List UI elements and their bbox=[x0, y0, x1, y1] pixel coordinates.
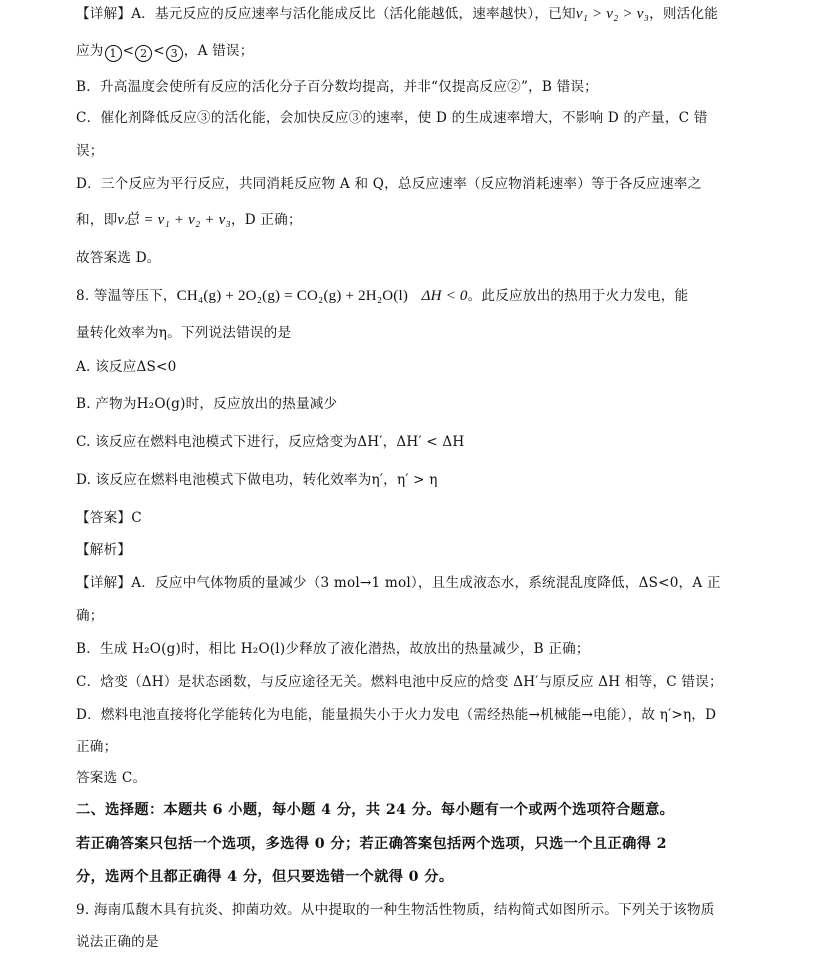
answer-label: 【答案】 bbox=[76, 510, 131, 526]
total-rate-formula: v总 = v₁ + v₂ + v₃ bbox=[117, 212, 231, 228]
q7-explanation-d-line1: D．三个反应为平行反应，共同消耗反应物 A 和 Q，总反应速率（反应物消耗速率）… bbox=[76, 174, 701, 194]
circled-1: 1 bbox=[105, 45, 122, 62]
q7-explanation-c-line2: 误； bbox=[76, 141, 104, 161]
q7-conclusion: 故答案选 D。 bbox=[76, 248, 161, 268]
q8-conclusion: 答案选 C。 bbox=[76, 768, 146, 788]
section2-instructions-line2: 若正确答案只包括一个选项，多选得 0 分；若正确答案包括两个选项，只选一个且正确… bbox=[76, 834, 667, 854]
q8-analysis-label: 【解析】 bbox=[76, 540, 131, 560]
q8-explanation-d-line2: 正确； bbox=[76, 737, 117, 757]
explanation-label: 【详解】 bbox=[76, 6, 131, 22]
circled-2: 2 bbox=[135, 45, 152, 62]
q8-explanation-d-line1: D．燃料电池直接将化学能转化为电能，能量损失小于火力发电（需经热能→机械能→电能… bbox=[76, 705, 716, 725]
q8-explanation-b: B．生成 H₂O(g)时，相比 H₂O(l)少释放了液化潜热，故放出的热量减少，… bbox=[76, 639, 590, 659]
q8-answer: 【答案】C bbox=[76, 508, 142, 528]
q7-explanation-b: B．升高温度会使所有反应的活化分子百分数均提高，并非“仅提高反应②”，B 错误； bbox=[76, 77, 598, 97]
section2-instructions-line3: 分，选两个且都正确得 4 分，但只要选错一个就得 0 分。 bbox=[76, 867, 453, 887]
q9-stem-line1: 9. 海南瓜馥木具有抗炎、抑菌功效。从中提取的一种生物活性物质，结构简式如图所示… bbox=[76, 900, 715, 920]
q9-stem-line2: 说法正确的是 bbox=[76, 932, 159, 952]
document-page: 【详解】A．基元反应的反应速率与活化能成反比（活化能越低，速率越快），已知v₁ … bbox=[0, 0, 828, 956]
q8-option-b: B. 产物为H₂O(g)时，反应放出的热量减少 bbox=[76, 394, 337, 414]
q7-explanation-d-line2: 和，即v总 = v₁ + v₂ + v₃，D 正确； bbox=[76, 210, 302, 230]
circled-3: 3 bbox=[166, 45, 183, 62]
q7-explanation-a-line2: 应为1<2<3，A 错误； bbox=[76, 41, 254, 62]
q8-stem-line1: 8. 等温等压下，CH₄(g) + 2O₂(g) = CO₂(g) + 2H₂O… bbox=[76, 286, 688, 306]
q8-explanation-a-line2: 确； bbox=[76, 606, 104, 626]
q7-explanation-c-line1: C．催化剂降低反应③的活化能，会加快反应③的速率，使 D 的生成速率增大，不影响… bbox=[76, 108, 708, 128]
q8-stem-line2: 量转化效率为η。下列说法错误的是 bbox=[76, 323, 291, 343]
answer-value: C bbox=[131, 510, 142, 526]
q8-explanation-a-line1: 【详解】A．反应中气体物质的量减少（3 mol→1 mol），且生成液态水，系统… bbox=[76, 573, 721, 593]
rate-inequality: v₁ > v₂ > v₃ bbox=[576, 6, 649, 22]
section2-instructions-line1: 二、选择题：本题共 6 小题，每小题 4 分，共 24 分。每小题有一个或两个选… bbox=[76, 800, 674, 820]
q7-explanation-a-line1: 【详解】A．基元反应的反应速率与活化能成反比（活化能越低，速率越快），已知v₁ … bbox=[76, 4, 718, 24]
q8-explanation-c: C．焓变（ΔH）是状态函数，与反应途径无关。燃料电池中反应的焓变 ΔH′与原反应… bbox=[76, 672, 723, 692]
explanation-label: 【详解】 bbox=[76, 575, 131, 591]
q8-option-a: A. 该反应ΔS<0 bbox=[76, 357, 176, 377]
combustion-equation: CH₄(g) + 2O₂(g) = CO₂(g) + 2H₂O(l) bbox=[177, 288, 408, 304]
q8-option-c: C. 该反应在燃料电池模式下进行，反应焓变为ΔH′，ΔH′ < ΔH bbox=[76, 432, 464, 452]
delta-h: ΔH < 0 bbox=[422, 288, 468, 304]
q8-option-d: D. 该反应在燃料电池模式下做电功，转化效率为η′，η′ > η bbox=[76, 470, 438, 490]
